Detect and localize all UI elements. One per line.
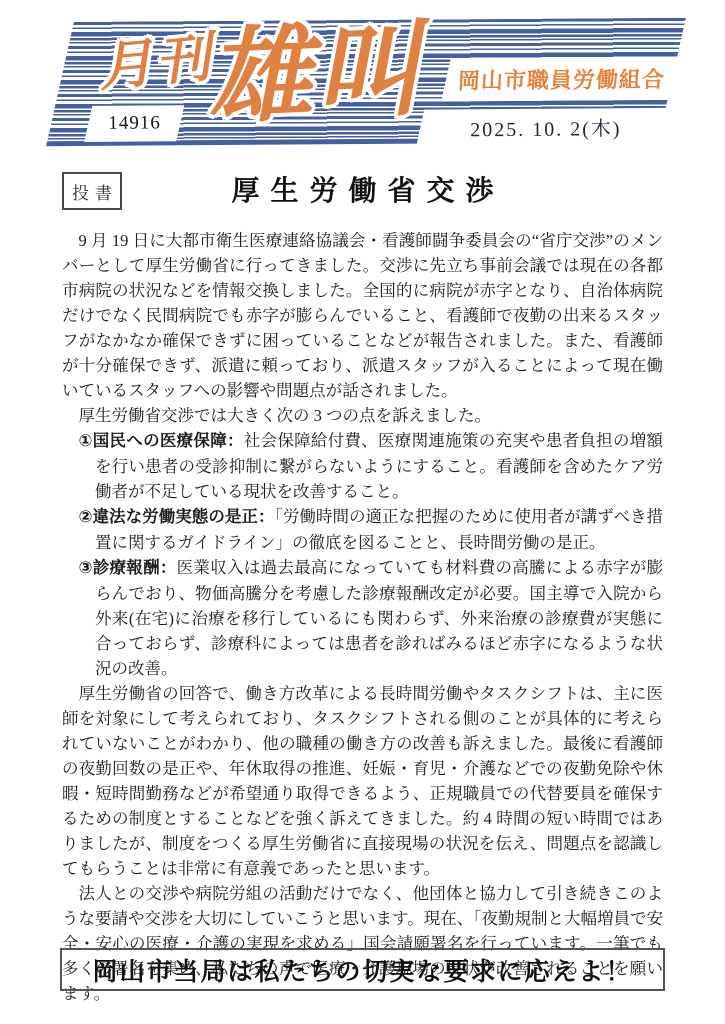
issue-date: 2025. 10. 2(木) bbox=[471, 112, 623, 142]
category-label: 投書 bbox=[66, 179, 118, 204]
slogan-banner: 岡山市当局は私たちの切実な要求に応えよ！ bbox=[60, 948, 665, 991]
point-item-1: ①国民への医療保障：社会保障給付費、医療関連施策の充実や患者負担の増額を行い患者… bbox=[62, 428, 663, 504]
point-label-1: ①国民への医療保障： bbox=[79, 432, 244, 450]
paragraph-2: 厚生労働省の回答で、働き方改革による長時間労働やタスクシフトは、主に医師を対象に… bbox=[62, 681, 663, 881]
point-item-3: ③診療報酬：医業収入は過去最高になっていても材料費の高騰による赤字が膨らんでおり… bbox=[62, 555, 663, 681]
point-label-3: ③診療報酬： bbox=[79, 559, 177, 577]
article-body: 9 月 19 日に大都市衛生医療連絡協議会・看護師闘争委員会の“省庁交渉”のメン… bbox=[62, 228, 663, 1006]
issue-number-box: 14916 bbox=[84, 105, 184, 142]
newsletter-page: 月刊 雄叫 14916 岡山市職員労働組合 2025. 10. 2(木) 投書 … bbox=[0, 0, 725, 1024]
category-box: 投書 bbox=[62, 172, 122, 210]
article-title: 厚生労働省交渉 bbox=[62, 170, 663, 214]
points-intro: 厚生労働省交渉では大きく次の 3 つの点を訴えました。 bbox=[62, 403, 663, 428]
organization-name: 岡山市職員労働組合 bbox=[458, 63, 666, 95]
issue-number: 14916 bbox=[108, 112, 161, 134]
masthead: 月刊 雄叫 14916 岡山市職員労働組合 2025. 10. 2(木) bbox=[0, 0, 725, 165]
logo-title: 雄叫 bbox=[205, 18, 442, 131]
monthly-label: 月刊 bbox=[99, 30, 221, 94]
point-label-2: ②違法な労働実態の是正： bbox=[79, 508, 275, 526]
slogan-text: 岡山市当局は私たちの切実な要求に応えよ！ bbox=[92, 952, 632, 988]
paragraph-1: 9 月 19 日に大都市衛生医療連絡協議会・看護師闘争委員会の“省庁交渉”のメン… bbox=[62, 228, 663, 403]
point-text-3: 医業収入は過去最高になっていても材料費の高騰による赤字が膨らんでおり、物価高騰分… bbox=[95, 558, 663, 678]
organization-band: 岡山市職員労働組合 bbox=[441, 57, 683, 102]
title-row: 投書 厚生労働省交渉 bbox=[62, 170, 663, 214]
date-band: 2025. 10. 2(木) bbox=[416, 108, 676, 146]
point-item-2: ②違法な労働実態の是正：「労働時間の適正な把握のために使用者が講ずべき措置に関す… bbox=[62, 504, 663, 555]
